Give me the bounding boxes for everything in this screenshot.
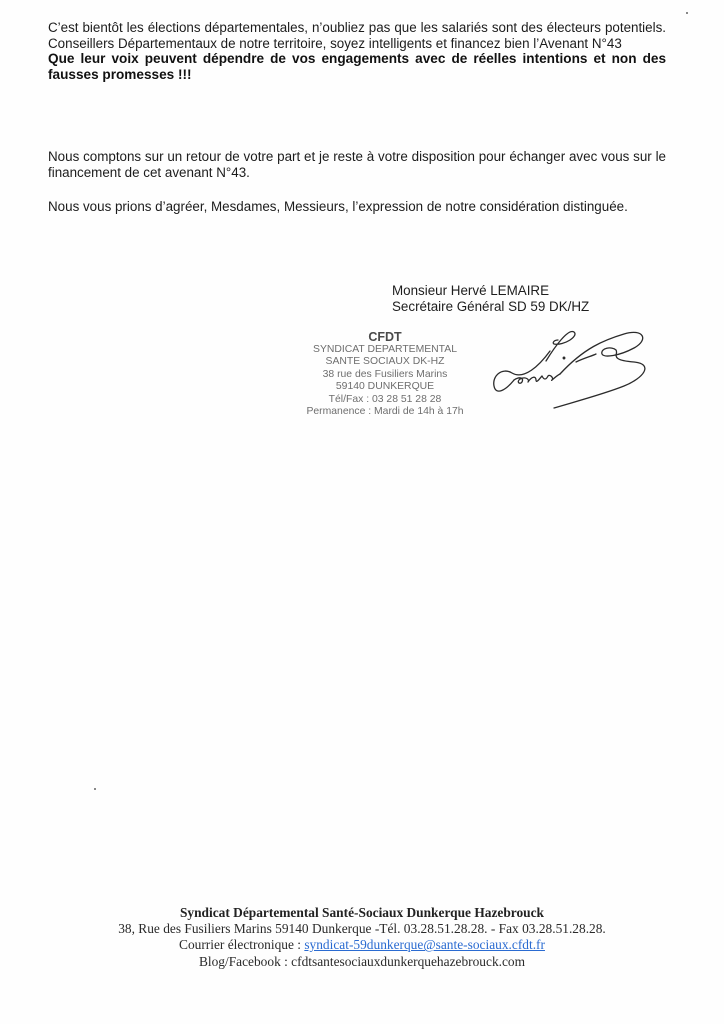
stamp-line: SANTE SOCIAUX DK-HZ xyxy=(292,356,478,368)
footer-blog: Blog/Facebook : cfdtsantesociauxdunkerqu… xyxy=(40,954,684,970)
paragraph-closing-text: Nous vous prions d’agréer, Mesdames, Mes… xyxy=(48,199,666,215)
footer-email-link[interactable]: syndicat-59dunkerque@sante-sociaux.cfdt.… xyxy=(304,937,545,952)
stamp-line: SYNDICAT DEPARTEMENTAL xyxy=(292,344,478,356)
paragraph-closing: Nous vous prions d’agréer, Mesdames, Mes… xyxy=(48,199,666,215)
stamp-title: CFDT xyxy=(292,330,478,344)
signatory-name: Monsieur Hervé LEMAIRE xyxy=(392,283,589,299)
stamp-line: Tél/Fax : 03 28 51 28 28 xyxy=(292,394,478,406)
paragraph-elections: C’est bientôt les élections départementa… xyxy=(48,20,666,82)
paragraph-followup: Nous comptons sur un retour de votre par… xyxy=(48,149,666,180)
letter-page: C’est bientôt les élections départementa… xyxy=(0,0,724,1024)
stamp-line: 59140 DUNKERQUE xyxy=(292,381,478,393)
union-stamp: CFDT SYNDICAT DEPARTEMENTAL SANTE SOCIAU… xyxy=(292,330,478,418)
signatory-title: Secrétaire Général SD 59 DK/HZ xyxy=(392,299,589,315)
footer-email-line: Courrier électronique : syndicat-59dunke… xyxy=(40,937,684,953)
scan-speck xyxy=(686,12,688,14)
paragraph-elections-text: C’est bientôt les élections départementa… xyxy=(48,20,666,51)
paragraph-elections-bold: Que leur voix peuvent dépendre de vos en… xyxy=(48,51,666,82)
scan-speck xyxy=(94,788,96,790)
stamp-line: Permanence : Mardi de 14h à 17h xyxy=(292,406,478,418)
footer-address: 38, Rue des Fusiliers Marins 59140 Dunke… xyxy=(40,921,684,937)
paragraph-followup-text: Nous comptons sur un retour de votre par… xyxy=(48,149,666,180)
signatory-block: Monsieur Hervé LEMAIRE Secrétaire Généra… xyxy=(392,283,589,315)
footer-email-label: Courrier électronique : xyxy=(179,937,304,952)
stamp-line: 38 rue des Fusiliers Marins xyxy=(292,369,478,381)
handwritten-signature xyxy=(484,318,654,413)
footer-organization-name: Syndicat Départemental Santé-Sociaux Dun… xyxy=(40,905,684,921)
letterhead-footer: Syndicat Départemental Santé-Sociaux Dun… xyxy=(40,905,684,970)
